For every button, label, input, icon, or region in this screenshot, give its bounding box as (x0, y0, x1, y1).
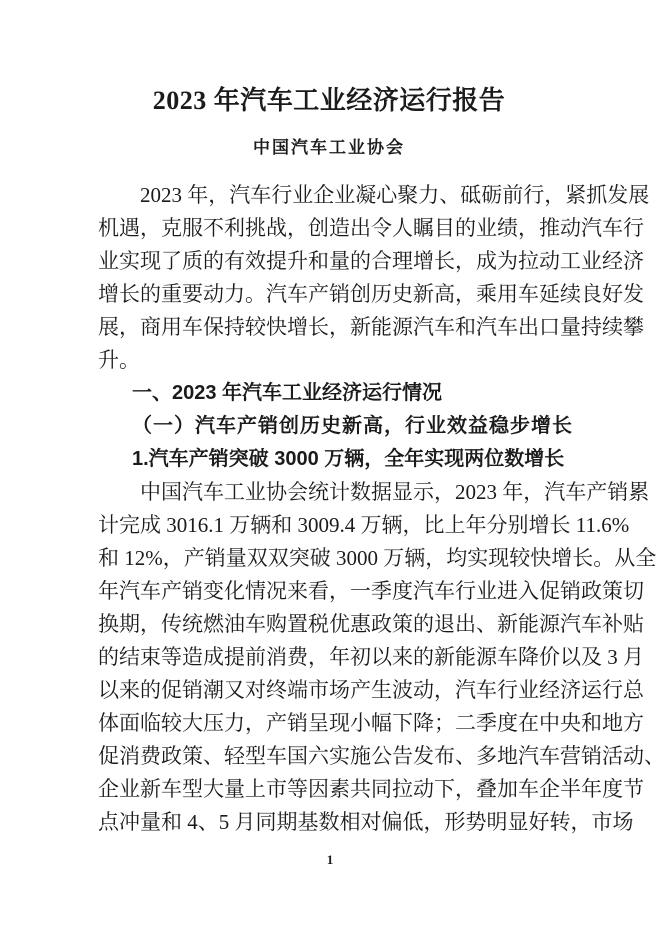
document-page: 2023 年汽车工业经济运行报告 中国汽车工业协会 2023 年，汽车行业企业凝… (0, 0, 660, 934)
document-body: 2023 年，汽车行业企业凝心聚力、砥砺前行，紧抓发展机遇，克服不利挑战，创造出… (98, 179, 560, 839)
paragraph-intro: 2023 年，汽车行业企业凝心聚力、砥砺前行，紧抓发展机遇，克服不利挑战，创造出… (98, 179, 560, 377)
body-line: 点冲量和 4、5 月同期基数相对偏低，形势明显好转，市场 (98, 806, 560, 839)
body-line: 中国汽车工业协会统计数据显示，2023 年，汽车产销累 (98, 476, 560, 509)
body-line: 促消费政策、轻型车国六实施公告发布、多地汽车营销活动、 (98, 740, 560, 773)
body-line: 展，商用车保持较快增长，新能源汽车和汽车出口量持续攀 (98, 311, 560, 344)
body-line: 年汽车产销变化情况来看，一季度汽车行业进入促销政策切 (98, 575, 560, 608)
heading-subsection-1-1: （一）汽车产销创历史新高，行业效益稳步增长 (98, 410, 560, 443)
document-subtitle: 中国汽车工业协会 (98, 136, 560, 160)
body-line: 增长的重要动力。汽车产销创历史新高，乘用车延续良好发 (98, 278, 560, 311)
heading-point-1: 1.汽车产销突破 3000 万辆，全年实现两位数增长 (98, 443, 560, 476)
body-line: 的结束等造成提前消费，年初以来的新能源车降价以及 3 月 (98, 641, 560, 674)
body-line: 换期，传统燃油车购置税优惠政策的退出、新能源汽车补贴 (98, 608, 560, 641)
body-line: 企业新车型大量上市等因素共同拉动下，叠加车企半年度节 (98, 773, 560, 806)
body-line: 业实现了质的有效提升和量的合理增长，成为拉动工业经济 (98, 245, 560, 278)
page-number: 1 (0, 852, 660, 868)
body-line: 和 12%，产销量双双突破 3000 万辆，均实现较快增长。从全 (98, 542, 560, 575)
body-line: 计完成 3016.1 万辆和 3009.4 万辆，比上年分别增长 11.6% (98, 509, 560, 542)
document-title: 2023 年汽车工业经济运行报告 (98, 84, 560, 118)
paragraph-statistics: 中国汽车工业协会统计数据显示，2023 年，汽车产销累计完成 3016.1 万辆… (98, 476, 560, 839)
body-line: 2023 年，汽车行业企业凝心聚力、砥砺前行，紧抓发展 (98, 179, 560, 212)
document-content: 2023 年汽车工业经济运行报告 中国汽车工业协会 2023 年，汽车行业企业凝… (98, 0, 560, 839)
body-line: 升。 (98, 344, 560, 377)
body-line: 以来的促销潮又对终端市场产生波动，汽车行业经济运行总 (98, 674, 560, 707)
body-line: 体面临较大压力，产销呈现小幅下降；二季度在中央和地方 (98, 707, 560, 740)
body-line: 机遇，克服不利挑战，创造出令人瞩目的业绩，推动汽车行 (98, 212, 560, 245)
heading-section-1: 一、2023 年汽车工业经济运行情况 (98, 377, 560, 410)
